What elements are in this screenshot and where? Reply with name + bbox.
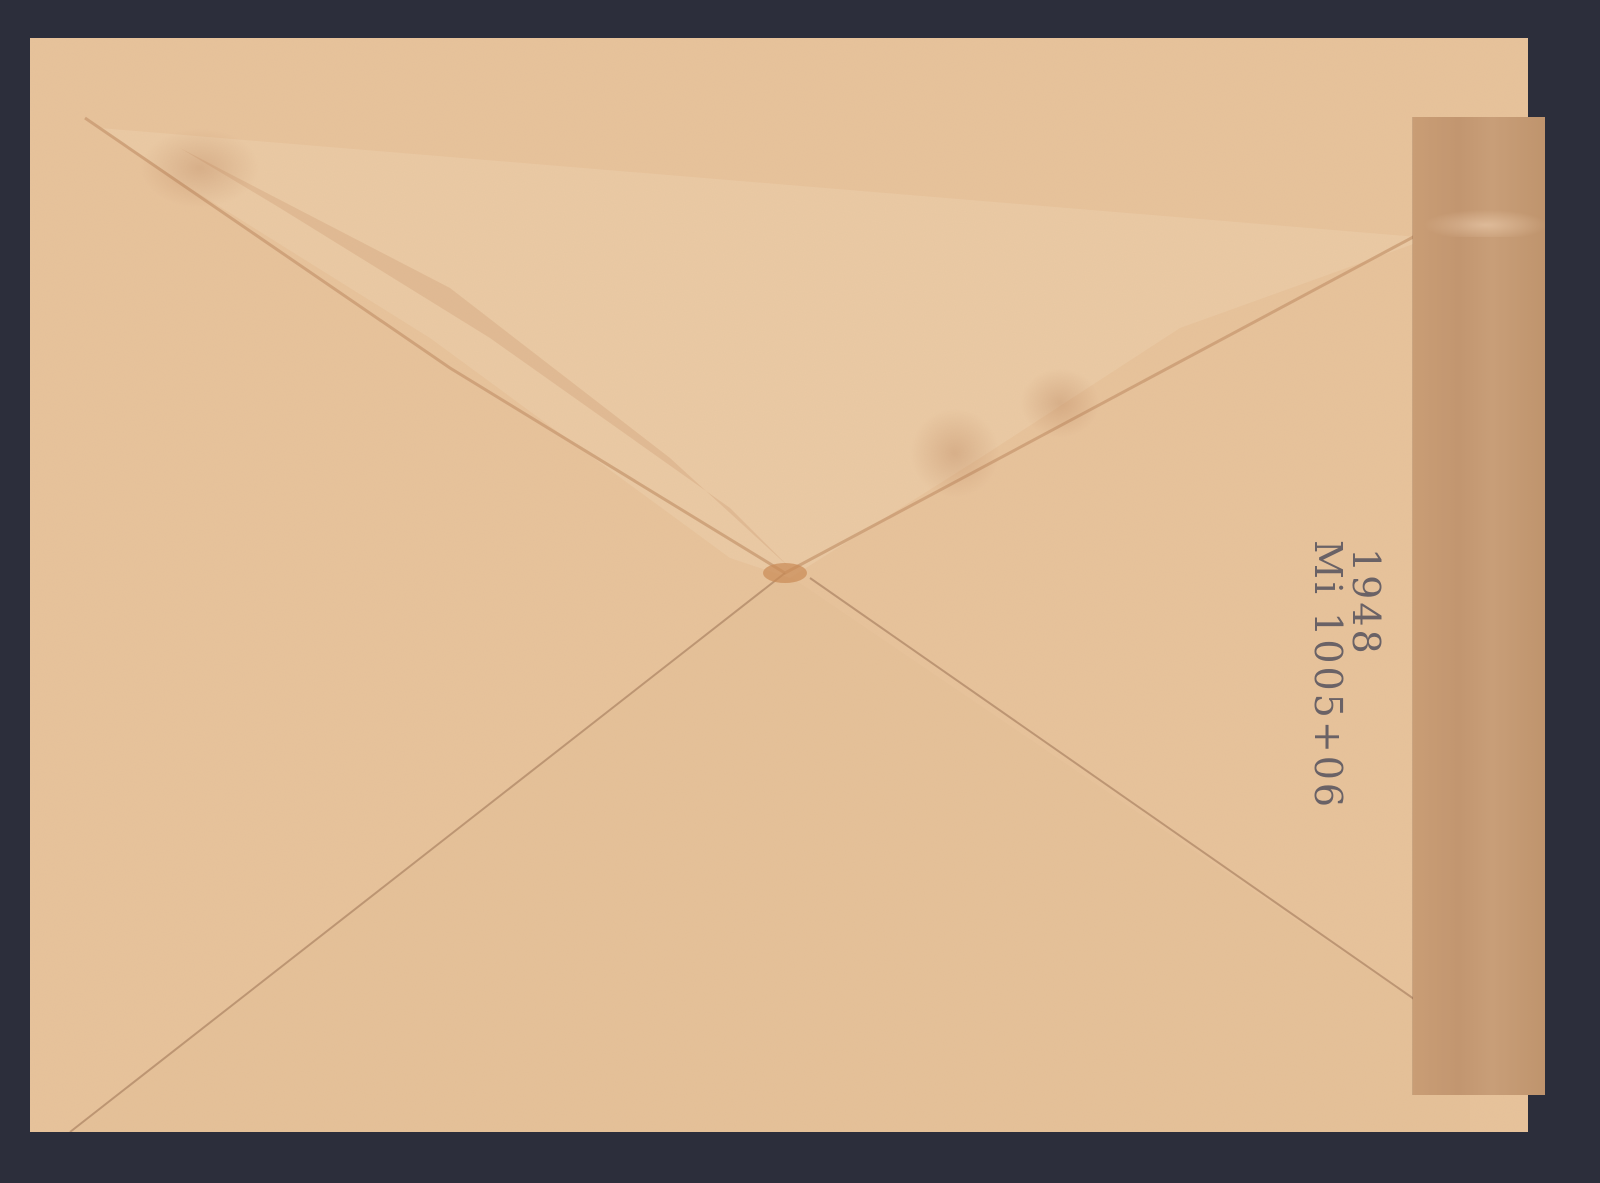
censor-tape-strip [1413, 117, 1545, 1095]
pencil-catalog-ref: Mi 1005+06 [1306, 540, 1350, 810]
pencil-annotation: 1948 Mi 1005+06 [1288, 540, 1398, 850]
stain [1020, 368, 1100, 438]
stain [140, 128, 260, 208]
seal-stain [763, 563, 807, 583]
photo-scene: 1948 Mi 1005+06 [0, 0, 1600, 1183]
pencil-year: 1948 [1344, 548, 1388, 657]
tape-crease [1413, 207, 1545, 237]
stain [910, 408, 1000, 498]
